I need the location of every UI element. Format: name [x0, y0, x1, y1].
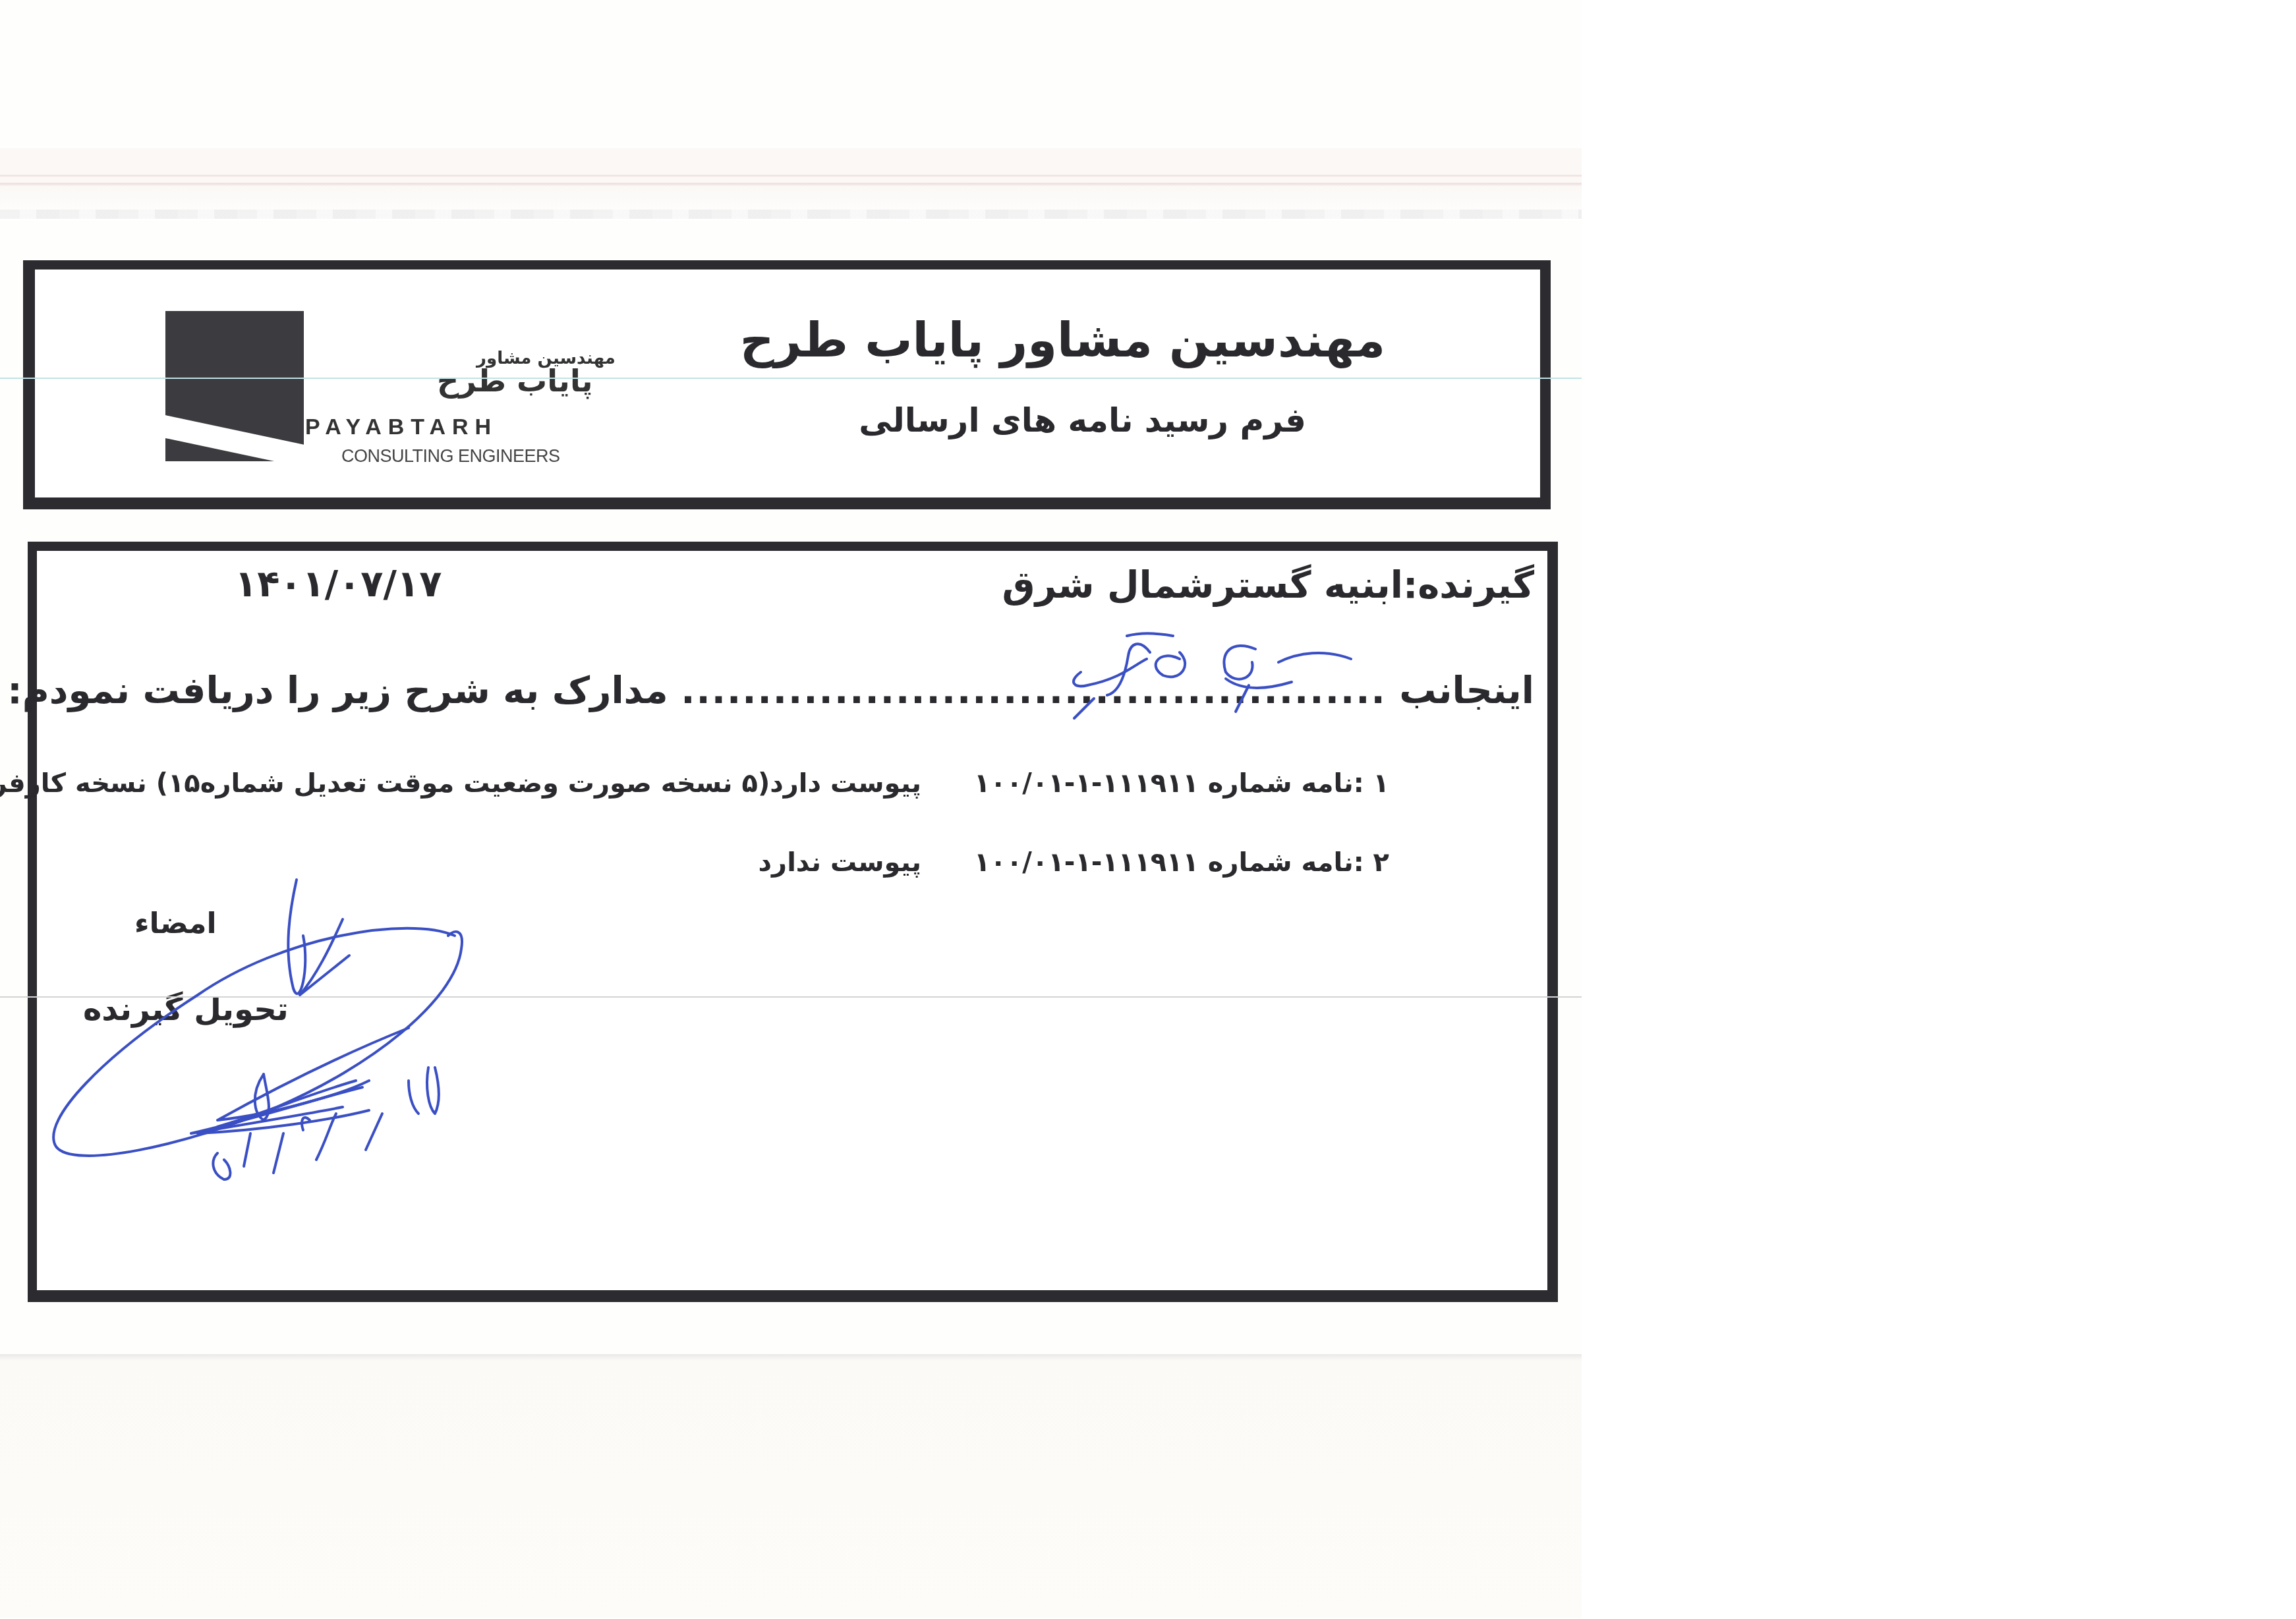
scan-bottom-edge	[0, 1354, 1582, 1618]
form-title: فرم رسید نامه های ارسالی	[859, 401, 1306, 440]
acknowledgement-line: اینجانب ................................…	[7, 669, 1534, 712]
scan-artifact-line-cyan	[0, 378, 1582, 379]
ack-prefix: اینجانب	[1399, 669, 1534, 712]
item-2-letter-number: ۲ :نامه شماره ۱۱۱۹۱۱-۱-۱۰۰/۰۱	[974, 847, 1389, 878]
company-title: مهندسین مشاور پایاب طرح	[740, 312, 1385, 368]
ack-suffix: مدارک به شرح زیر را دریافت نمودم:	[7, 669, 668, 712]
scanned-page: مهندسین مشاور پایاب طرح PAYABTARH CONSUL…	[0, 0, 1582, 1619]
scan-torn-edge	[0, 210, 1582, 219]
logo-en-subtitle: CONSULTING ENGINEERS	[341, 446, 560, 467]
logo-fa-big: پایاب طرح	[437, 363, 592, 399]
logo-stripe	[165, 410, 304, 461]
item-1-letter-number: ۱ :نامه شماره ۱۱۱۹۱۱-۱-۱۰۰/۰۱	[974, 768, 1389, 799]
recipient-line: گیرنده:ابنیه گسترشمال شرق	[1002, 564, 1534, 607]
ack-name-blank: ........................................…	[681, 669, 1387, 712]
scan-artifact-line	[0, 996, 1582, 998]
company-logo-mark	[165, 311, 304, 461]
logo-en-name: PAYABTARH	[305, 414, 498, 440]
signature-label: امضاء	[134, 907, 217, 940]
item-1-attachment: پیوست دارد(۵ نسخه صورت وضعیت موقت تعدیل …	[0, 768, 921, 799]
item-2-attachment: پیوست ندارد	[759, 847, 921, 878]
receipt-body-box: گیرنده:ابنیه گسترشمال شرق ۱۴۰۱/۰۷/۱۷ این…	[28, 542, 1558, 1302]
header-box: مهندسین مشاور پایاب طرح PAYABTARH CONSUL…	[23, 260, 1551, 509]
document-date: ۱۴۰۱/۰۷/۱۷	[235, 563, 442, 606]
